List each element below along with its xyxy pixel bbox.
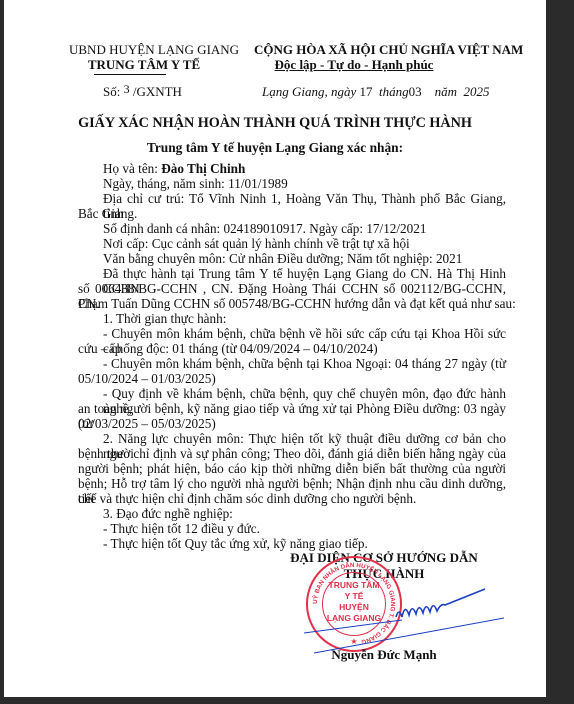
section-2-text-2: bệnh theo chỉ định và sự phân công; Theo… xyxy=(78,446,506,461)
person-name: Họ và tên: Đào Thị Chinh xyxy=(103,161,245,176)
doc-title: GIẤY XÁC NHẬN HOÀN THÀNH QUÁ TRÌNH THỰC … xyxy=(4,115,546,132)
issuer-underline xyxy=(94,74,166,75)
section-3-item-a: - Thực hiện tốt 12 điều y đức. xyxy=(103,521,260,536)
section-2-text-3: người bệnh; phát hiện, báo cáo kịp thời … xyxy=(78,461,506,476)
doc-date: Lạng Giang, ngày 17 tháng03 năm 2025 xyxy=(262,84,490,100)
section-1-title: 1. Thời gian thực hành: xyxy=(103,311,226,326)
person-dob: Ngày, tháng, năm sinh: 11/01/1989 xyxy=(103,176,288,191)
national-title: CỘNG HÒA XÃ HỘI CHỦ NGHĨA VIỆT NAM xyxy=(254,42,454,58)
section-1-item-b-cont: 05/10/2024 – 01/03/2025) xyxy=(78,371,216,386)
doc-number-value: 3 xyxy=(124,82,130,96)
person-degree: Văn bằng chuyên môn: Cử nhân Điều dưỡng;… xyxy=(103,251,462,266)
doc-number: Số: 3 /GXNTH xyxy=(103,84,182,100)
section-3-title: 3. Đạo đức nghề nghiệp: xyxy=(103,506,233,521)
document-page: UBND HUYỆN LẠNG GIANG TRUNG TÂM Y TẾ CỘN… xyxy=(4,0,546,697)
person-address: Địa chỉ cư trú: Tổ Vĩnh Ninh 1, Hoàng Vă… xyxy=(103,191,506,221)
national-motto: Độc lập - Tự do - Hạnh phúc xyxy=(254,57,454,73)
section-3-item-b: - Thực hiện tốt Quy tắc ứng xử, kỹ năng … xyxy=(103,536,368,551)
practice-text-3: Phạm Tuấn Dũng CCHN số 005748/BG-CCHN hư… xyxy=(78,296,516,311)
section-1-item-b: - Chuyên môn khám bệnh, chữa bệnh tại Kh… xyxy=(103,356,506,371)
person-address-cont: Bắc Giang. xyxy=(78,206,137,221)
issuer-authority: UBND HUYỆN LẠNG GIANG xyxy=(69,42,219,58)
signer-name: Nguyễn Đức Mạnh xyxy=(284,647,484,663)
doc-subtitle: Trung tâm Y tế huyện Lạng Giang xác nhận… xyxy=(4,140,546,156)
handwritten-signature-icon xyxy=(304,575,504,655)
person-id-issuer: Nơi cấp: Cục cảnh sát quản lý hành chính… xyxy=(103,236,410,251)
section-1-item-a-cont: cứu – chống độc: 01 tháng (từ 04/09/2024… xyxy=(78,341,378,356)
issuer-name: TRUNG TÂM Y TẾ xyxy=(69,57,219,73)
person-id: Số định danh cá nhân: 024189010917. Ngày… xyxy=(103,221,426,236)
section-1-item-c-cont2: 02/03/2025 – 05/03/2025) xyxy=(78,416,216,431)
section-2-text-5: chế và thực hiện chỉ định chăm sóc dinh … xyxy=(78,491,416,506)
